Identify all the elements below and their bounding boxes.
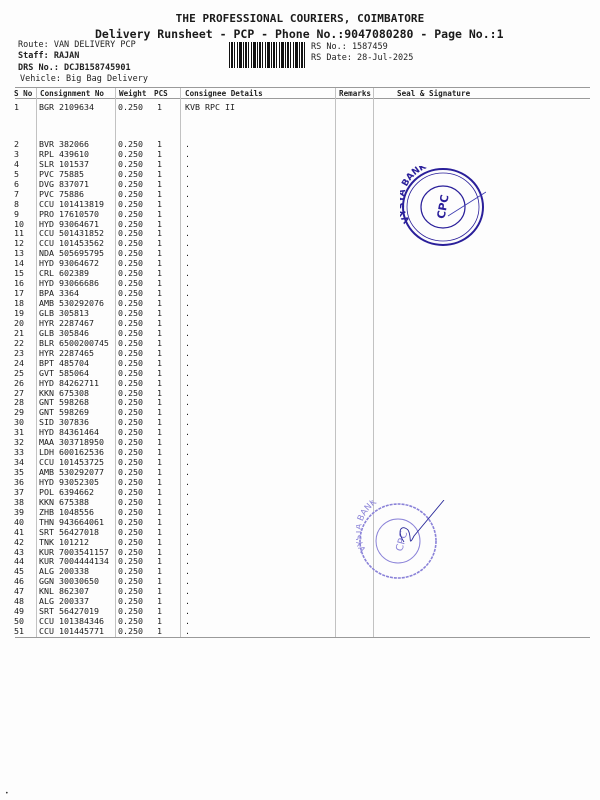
- pieces-count: 1: [157, 487, 162, 497]
- pieces-count: 1: [157, 457, 162, 467]
- consignee-details: .: [185, 497, 190, 507]
- serial-number: 15: [14, 268, 24, 278]
- pieces-count: 1: [157, 556, 162, 566]
- weight-value: 0.250: [118, 228, 143, 238]
- consignment-number: LDH 600162536: [39, 447, 104, 457]
- weight-value: 0.250: [118, 358, 143, 368]
- consignee-details: .: [185, 596, 190, 606]
- consignment-number: THN 943664061: [39, 517, 104, 527]
- pieces-count: 1: [157, 527, 162, 537]
- weight-value: 0.250: [118, 556, 143, 566]
- consignment-number: ALG 200338: [39, 566, 89, 576]
- pieces-count: 1: [157, 298, 162, 308]
- weight-value: 0.250: [118, 238, 143, 248]
- pieces-count: 1: [157, 447, 162, 457]
- pieces-count: 1: [157, 228, 162, 238]
- serial-number: 20: [14, 318, 24, 328]
- weight-value: 0.250: [118, 248, 143, 258]
- pieces-count: 1: [157, 397, 162, 407]
- consignee-details: .: [185, 616, 190, 626]
- serial-number: 1: [14, 102, 19, 112]
- weight-value: 0.250: [118, 437, 143, 447]
- pieces-count: 1: [157, 417, 162, 427]
- weight-value: 0.250: [118, 139, 143, 149]
- consignment-number: PVC 75885: [39, 169, 84, 179]
- serial-number: 12: [14, 238, 24, 248]
- consignment-number: KKN 675308: [39, 388, 89, 398]
- consignee-details: .: [185, 447, 190, 457]
- serial-number: 4: [14, 159, 19, 169]
- consignment-number: ZHB 1048556: [39, 507, 94, 517]
- weight-value: 0.250: [118, 447, 143, 457]
- consignee-details: .: [185, 586, 190, 596]
- weight-value: 0.250: [118, 397, 143, 407]
- consignee-details: .: [185, 566, 190, 576]
- pieces-count: 1: [157, 209, 162, 219]
- serial-number: 38: [14, 497, 24, 507]
- serial-number: 31: [14, 427, 24, 437]
- consignment-number: BLR 6500200745: [39, 338, 109, 348]
- consignee-details: .: [185, 139, 190, 149]
- weight-value: 0.250: [118, 318, 143, 328]
- consignment-number: CCU 101384346: [39, 616, 104, 626]
- consignee-details: .: [185, 308, 190, 318]
- pieces-count: 1: [157, 308, 162, 318]
- consignee-details: .: [185, 397, 190, 407]
- consignment-number: MAA 303718950: [39, 437, 104, 447]
- pieces-count: 1: [157, 566, 162, 576]
- column-header-consignment: Consignment No: [40, 89, 104, 98]
- weight-value: 0.250: [118, 219, 143, 229]
- consignment-number: KKN 675388: [39, 497, 89, 507]
- serial-number: 42: [14, 537, 24, 547]
- consignee-details: .: [185, 159, 190, 169]
- consignment-number: HYD 84262711: [39, 378, 99, 388]
- pieces-count: 1: [157, 467, 162, 477]
- serial-number: 45: [14, 566, 24, 576]
- drs-number: DRS No.: DCJB158745901: [18, 63, 131, 73]
- pieces-count: 1: [157, 427, 162, 437]
- pieces-count: 1: [157, 407, 162, 417]
- serial-number: 9: [14, 209, 19, 219]
- column-header-pcs: PCS: [154, 89, 168, 98]
- rs-number: RS No.: 1587459: [311, 42, 388, 52]
- consignment-number: HYD 93052305: [39, 477, 99, 487]
- pieces-count: 1: [157, 586, 162, 596]
- consignee-details: .: [185, 248, 190, 258]
- pieces-count: 1: [157, 219, 162, 229]
- pieces-count: 1: [157, 626, 162, 636]
- serial-number: 8: [14, 199, 19, 209]
- staff-label: Staff: RAJAN: [18, 51, 79, 61]
- weight-value: 0.250: [118, 507, 143, 517]
- consignee-details: .: [185, 288, 190, 298]
- consignee-details: .: [185, 457, 190, 467]
- consignment-number: KUR 7003541157: [39, 547, 109, 557]
- pieces-count: 1: [157, 596, 162, 606]
- column-divider: [335, 88, 336, 637]
- weight-value: 0.250: [118, 278, 143, 288]
- consignment-number: SLR 101537: [39, 159, 89, 169]
- column-header-sno: S No: [14, 89, 32, 98]
- pieces-count: 1: [157, 139, 162, 149]
- weight-value: 0.250: [118, 407, 143, 417]
- serial-number: 41: [14, 527, 24, 537]
- serial-number: 51: [14, 626, 24, 636]
- weight-value: 0.250: [118, 547, 143, 557]
- consignee-details: .: [185, 328, 190, 338]
- consignment-number: SRT 56427018: [39, 527, 99, 537]
- weight-value: 0.250: [118, 576, 143, 586]
- weight-value: 0.250: [118, 566, 143, 576]
- pieces-count: 1: [157, 199, 162, 209]
- serial-number: 18: [14, 298, 24, 308]
- runsheet-subtitle: Delivery Runsheet - PCP - Phone No.:9047…: [95, 27, 535, 41]
- pieces-count: 1: [157, 338, 162, 348]
- consignee-details: .: [185, 626, 190, 636]
- consignment-number: PRO 17610570: [39, 209, 99, 219]
- pieces-count: 1: [157, 517, 162, 527]
- weight-value: 0.250: [118, 189, 143, 199]
- pieces-count: 1: [157, 238, 162, 248]
- serial-number: 17: [14, 288, 24, 298]
- pieces-count: 1: [157, 606, 162, 616]
- consignment-number: BPA 3364: [39, 288, 79, 298]
- serial-number: 11: [14, 228, 24, 238]
- consignment-number: CCU 101445771: [39, 626, 104, 636]
- consignment-number: CCU 101413819: [39, 199, 104, 209]
- serial-number: 5: [14, 169, 19, 179]
- serial-number: 26: [14, 378, 24, 388]
- consignment-number: DVG 837071: [39, 179, 89, 189]
- consignment-number: TNK 101212: [39, 537, 89, 547]
- serial-number: 48: [14, 596, 24, 606]
- consignee-details: .: [185, 209, 190, 219]
- serial-number: 13: [14, 248, 24, 258]
- weight-value: 0.250: [118, 497, 143, 507]
- consignee-details: .: [185, 556, 190, 566]
- weight-value: 0.250: [118, 209, 143, 219]
- consignment-number: HYD 93064672: [39, 258, 99, 268]
- weight-value: 0.250: [118, 149, 143, 159]
- weight-value: 0.250: [118, 328, 143, 338]
- weight-value: 0.250: [118, 159, 143, 169]
- consignee-details: .: [185, 358, 190, 368]
- consignment-number: SID 307836: [39, 417, 89, 427]
- pieces-count: 1: [157, 358, 162, 368]
- pieces-count: 1: [157, 348, 162, 358]
- bank-stamp-faded-icon: CPC VYSTA BANK: [356, 500, 446, 582]
- consignee-details: .: [185, 238, 190, 248]
- weight-value: 0.250: [118, 102, 143, 112]
- column-divider: [36, 88, 37, 637]
- serial-number: 37: [14, 487, 24, 497]
- serial-number: 44: [14, 556, 24, 566]
- weight-value: 0.250: [118, 417, 143, 427]
- pieces-count: 1: [157, 169, 162, 179]
- serial-number: 29: [14, 407, 24, 417]
- consignment-number: PVC 75886: [39, 189, 84, 199]
- weight-value: 0.250: [118, 596, 143, 606]
- pieces-count: 1: [157, 288, 162, 298]
- serial-number: 43: [14, 547, 24, 557]
- pieces-count: 1: [157, 497, 162, 507]
- consignee-details: KVB RPC II: [185, 102, 235, 112]
- pieces-count: 1: [157, 547, 162, 557]
- consignment-number: CCU 501431852: [39, 228, 104, 238]
- pieces-count: 1: [157, 477, 162, 487]
- pieces-count: 1: [157, 576, 162, 586]
- pieces-count: 1: [157, 537, 162, 547]
- consignee-details: .: [185, 219, 190, 229]
- consignee-details: .: [185, 417, 190, 427]
- weight-value: 0.250: [118, 427, 143, 437]
- consignment-number: AMB 530292076: [39, 298, 104, 308]
- serial-number: 46: [14, 576, 24, 586]
- serial-number: 47: [14, 586, 24, 596]
- consignee-details: .: [185, 576, 190, 586]
- consignee-details: .: [185, 348, 190, 358]
- consignment-number: ALG 200337: [39, 596, 89, 606]
- consignee-details: .: [185, 467, 190, 477]
- table-header-border: [15, 98, 590, 99]
- consignee-details: .: [185, 487, 190, 497]
- pieces-count: 1: [157, 258, 162, 268]
- pieces-count: 1: [157, 328, 162, 338]
- weight-value: 0.250: [118, 378, 143, 388]
- consignment-number: HYR 2287467: [39, 318, 94, 328]
- svg-text:VYSTA BANK: VYSTA BANK: [356, 500, 379, 553]
- consignment-number: KUR 7004444134: [39, 556, 109, 566]
- consignee-details: .: [185, 179, 190, 189]
- table-bottom-border: [15, 637, 590, 638]
- serial-number: 49: [14, 606, 24, 616]
- serial-number: 22: [14, 338, 24, 348]
- table-top-border: [15, 87, 590, 88]
- consignment-number: KNL 862307: [39, 586, 89, 596]
- serial-number: 7: [14, 189, 19, 199]
- weight-value: 0.250: [118, 457, 143, 467]
- serial-number: 6: [14, 179, 19, 189]
- consignment-number: AMB 530292077: [39, 467, 104, 477]
- consignment-number: HYD 84361464: [39, 427, 99, 437]
- column-divider: [180, 88, 181, 637]
- consignee-details: .: [185, 228, 190, 238]
- consignee-details: .: [185, 278, 190, 288]
- serial-number: 10: [14, 219, 24, 229]
- serial-number: 40: [14, 517, 24, 527]
- serial-number: 21: [14, 328, 24, 338]
- serial-number: 25: [14, 368, 24, 378]
- consignee-details: .: [185, 298, 190, 308]
- consignee-details: .: [185, 149, 190, 159]
- consignment-number: NDA 505695795: [39, 248, 104, 258]
- column-header-weight: Weight: [119, 89, 146, 98]
- consignee-details: .: [185, 378, 190, 388]
- consignee-details: .: [185, 437, 190, 447]
- consignment-number: CCU 101453562: [39, 238, 104, 248]
- pieces-count: 1: [157, 159, 162, 169]
- consignee-details: .: [185, 388, 190, 398]
- consignment-number: GVT 585064: [39, 368, 89, 378]
- consignee-details: .: [185, 477, 190, 487]
- consignment-number: GLB 305813: [39, 308, 89, 318]
- consignment-number: HYD 93064671: [39, 219, 99, 229]
- column-header-remarks: Remarks: [339, 89, 371, 98]
- serial-number: 2: [14, 139, 19, 149]
- weight-value: 0.250: [118, 586, 143, 596]
- consignment-number: BGR 2109634: [39, 102, 94, 112]
- route-label: Route: VAN DELIVERY PCP: [18, 40, 136, 50]
- bank-stamp-icon: CPC VYSYA BANK: [400, 166, 486, 248]
- weight-value: 0.250: [118, 616, 143, 626]
- consignee-details: .: [185, 169, 190, 179]
- consignee-details: .: [185, 547, 190, 557]
- consignment-number: BVR 382066: [39, 139, 89, 149]
- consignee-details: .: [185, 606, 190, 616]
- pieces-count: 1: [157, 102, 162, 112]
- weight-value: 0.250: [118, 606, 143, 616]
- serial-number: 24: [14, 358, 24, 368]
- weight-value: 0.250: [118, 199, 143, 209]
- pieces-count: 1: [157, 368, 162, 378]
- serial-number: 23: [14, 348, 24, 358]
- serial-number: 35: [14, 467, 24, 477]
- consignment-number: RPL 439610: [39, 149, 89, 159]
- pieces-count: 1: [157, 378, 162, 388]
- consignment-number: GNT 598268: [39, 397, 89, 407]
- consignee-details: .: [185, 537, 190, 547]
- consignee-details: .: [185, 268, 190, 278]
- consignment-number: POL 6394662: [39, 487, 94, 497]
- serial-number: 30: [14, 417, 24, 427]
- consignee-details: .: [185, 338, 190, 348]
- column-header-seal-signature: Seal & Signature: [397, 89, 470, 98]
- consignment-number: GGN 30030650: [39, 576, 99, 586]
- consignee-details: .: [185, 427, 190, 437]
- weight-value: 0.250: [118, 467, 143, 477]
- consignment-number: CRL 602389: [39, 268, 89, 278]
- pieces-count: 1: [157, 616, 162, 626]
- weight-value: 0.250: [118, 487, 143, 497]
- consignee-details: .: [185, 199, 190, 209]
- serial-number: 28: [14, 397, 24, 407]
- weight-value: 0.250: [118, 527, 143, 537]
- serial-number: 33: [14, 447, 24, 457]
- serial-number: 19: [14, 308, 24, 318]
- pieces-count: 1: [157, 318, 162, 328]
- rs-date: RS Date: 28-Jul-2025: [311, 53, 413, 63]
- barcode-icon: [229, 42, 305, 68]
- column-header-consignee: Consignee Details: [185, 89, 263, 98]
- consignee-details: .: [185, 368, 190, 378]
- company-title: THE PROFESSIONAL COURIERS, COIMBATORE: [0, 12, 600, 25]
- pieces-count: 1: [157, 179, 162, 189]
- weight-value: 0.250: [118, 288, 143, 298]
- weight-value: 0.250: [118, 537, 143, 547]
- weight-value: 0.250: [118, 258, 143, 268]
- consignee-details: .: [185, 527, 190, 537]
- consignment-number: GNT 598269: [39, 407, 89, 417]
- consignee-details: .: [185, 258, 190, 268]
- serial-number: 16: [14, 278, 24, 288]
- consignment-number: CCU 101453725: [39, 457, 104, 467]
- consignment-number: BPT 485704: [39, 358, 89, 368]
- svg-text:CPC: CPC: [394, 530, 410, 552]
- weight-value: 0.250: [118, 268, 143, 278]
- pieces-count: 1: [157, 437, 162, 447]
- pieces-count: 1: [157, 388, 162, 398]
- consignment-number: SRT 56427019: [39, 606, 99, 616]
- serial-number: 32: [14, 437, 24, 447]
- serial-number: 14: [14, 258, 24, 268]
- vehicle-label: Vehicle: Big Bag Delivery: [20, 74, 148, 84]
- consignment-number: HYR 2287465: [39, 348, 94, 358]
- weight-value: 0.250: [118, 477, 143, 487]
- consignment-number: HYD 93066686: [39, 278, 99, 288]
- consignee-details: .: [185, 517, 190, 527]
- pieces-count: 1: [157, 248, 162, 258]
- weight-value: 0.250: [118, 298, 143, 308]
- serial-number: 27: [14, 388, 24, 398]
- weight-value: 0.250: [118, 368, 143, 378]
- weight-value: 0.250: [118, 169, 143, 179]
- weight-value: 0.250: [118, 626, 143, 636]
- consignee-details: .: [185, 407, 190, 417]
- consignment-number: GLB 305846: [39, 328, 89, 338]
- pieces-count: 1: [157, 507, 162, 517]
- serial-number: 39: [14, 507, 24, 517]
- pieces-count: 1: [157, 189, 162, 199]
- weight-value: 0.250: [118, 308, 143, 318]
- serial-number: 34: [14, 457, 24, 467]
- weight-value: 0.250: [118, 338, 143, 348]
- serial-number: 36: [14, 477, 24, 487]
- svg-text:CPC: CPC: [435, 194, 452, 220]
- pieces-count: 1: [157, 268, 162, 278]
- pieces-count: 1: [157, 278, 162, 288]
- consignee-details: .: [185, 318, 190, 328]
- weight-value: 0.250: [118, 348, 143, 358]
- consignee-details: .: [185, 189, 190, 199]
- weight-value: 0.250: [118, 517, 143, 527]
- consignee-details: .: [185, 507, 190, 517]
- weight-value: 0.250: [118, 388, 143, 398]
- corner-mark: •: [5, 790, 9, 797]
- serial-number: 3: [14, 149, 19, 159]
- weight-value: 0.250: [118, 179, 143, 189]
- column-divider: [115, 88, 116, 637]
- pieces-count: 1: [157, 149, 162, 159]
- serial-number: 50: [14, 616, 24, 626]
